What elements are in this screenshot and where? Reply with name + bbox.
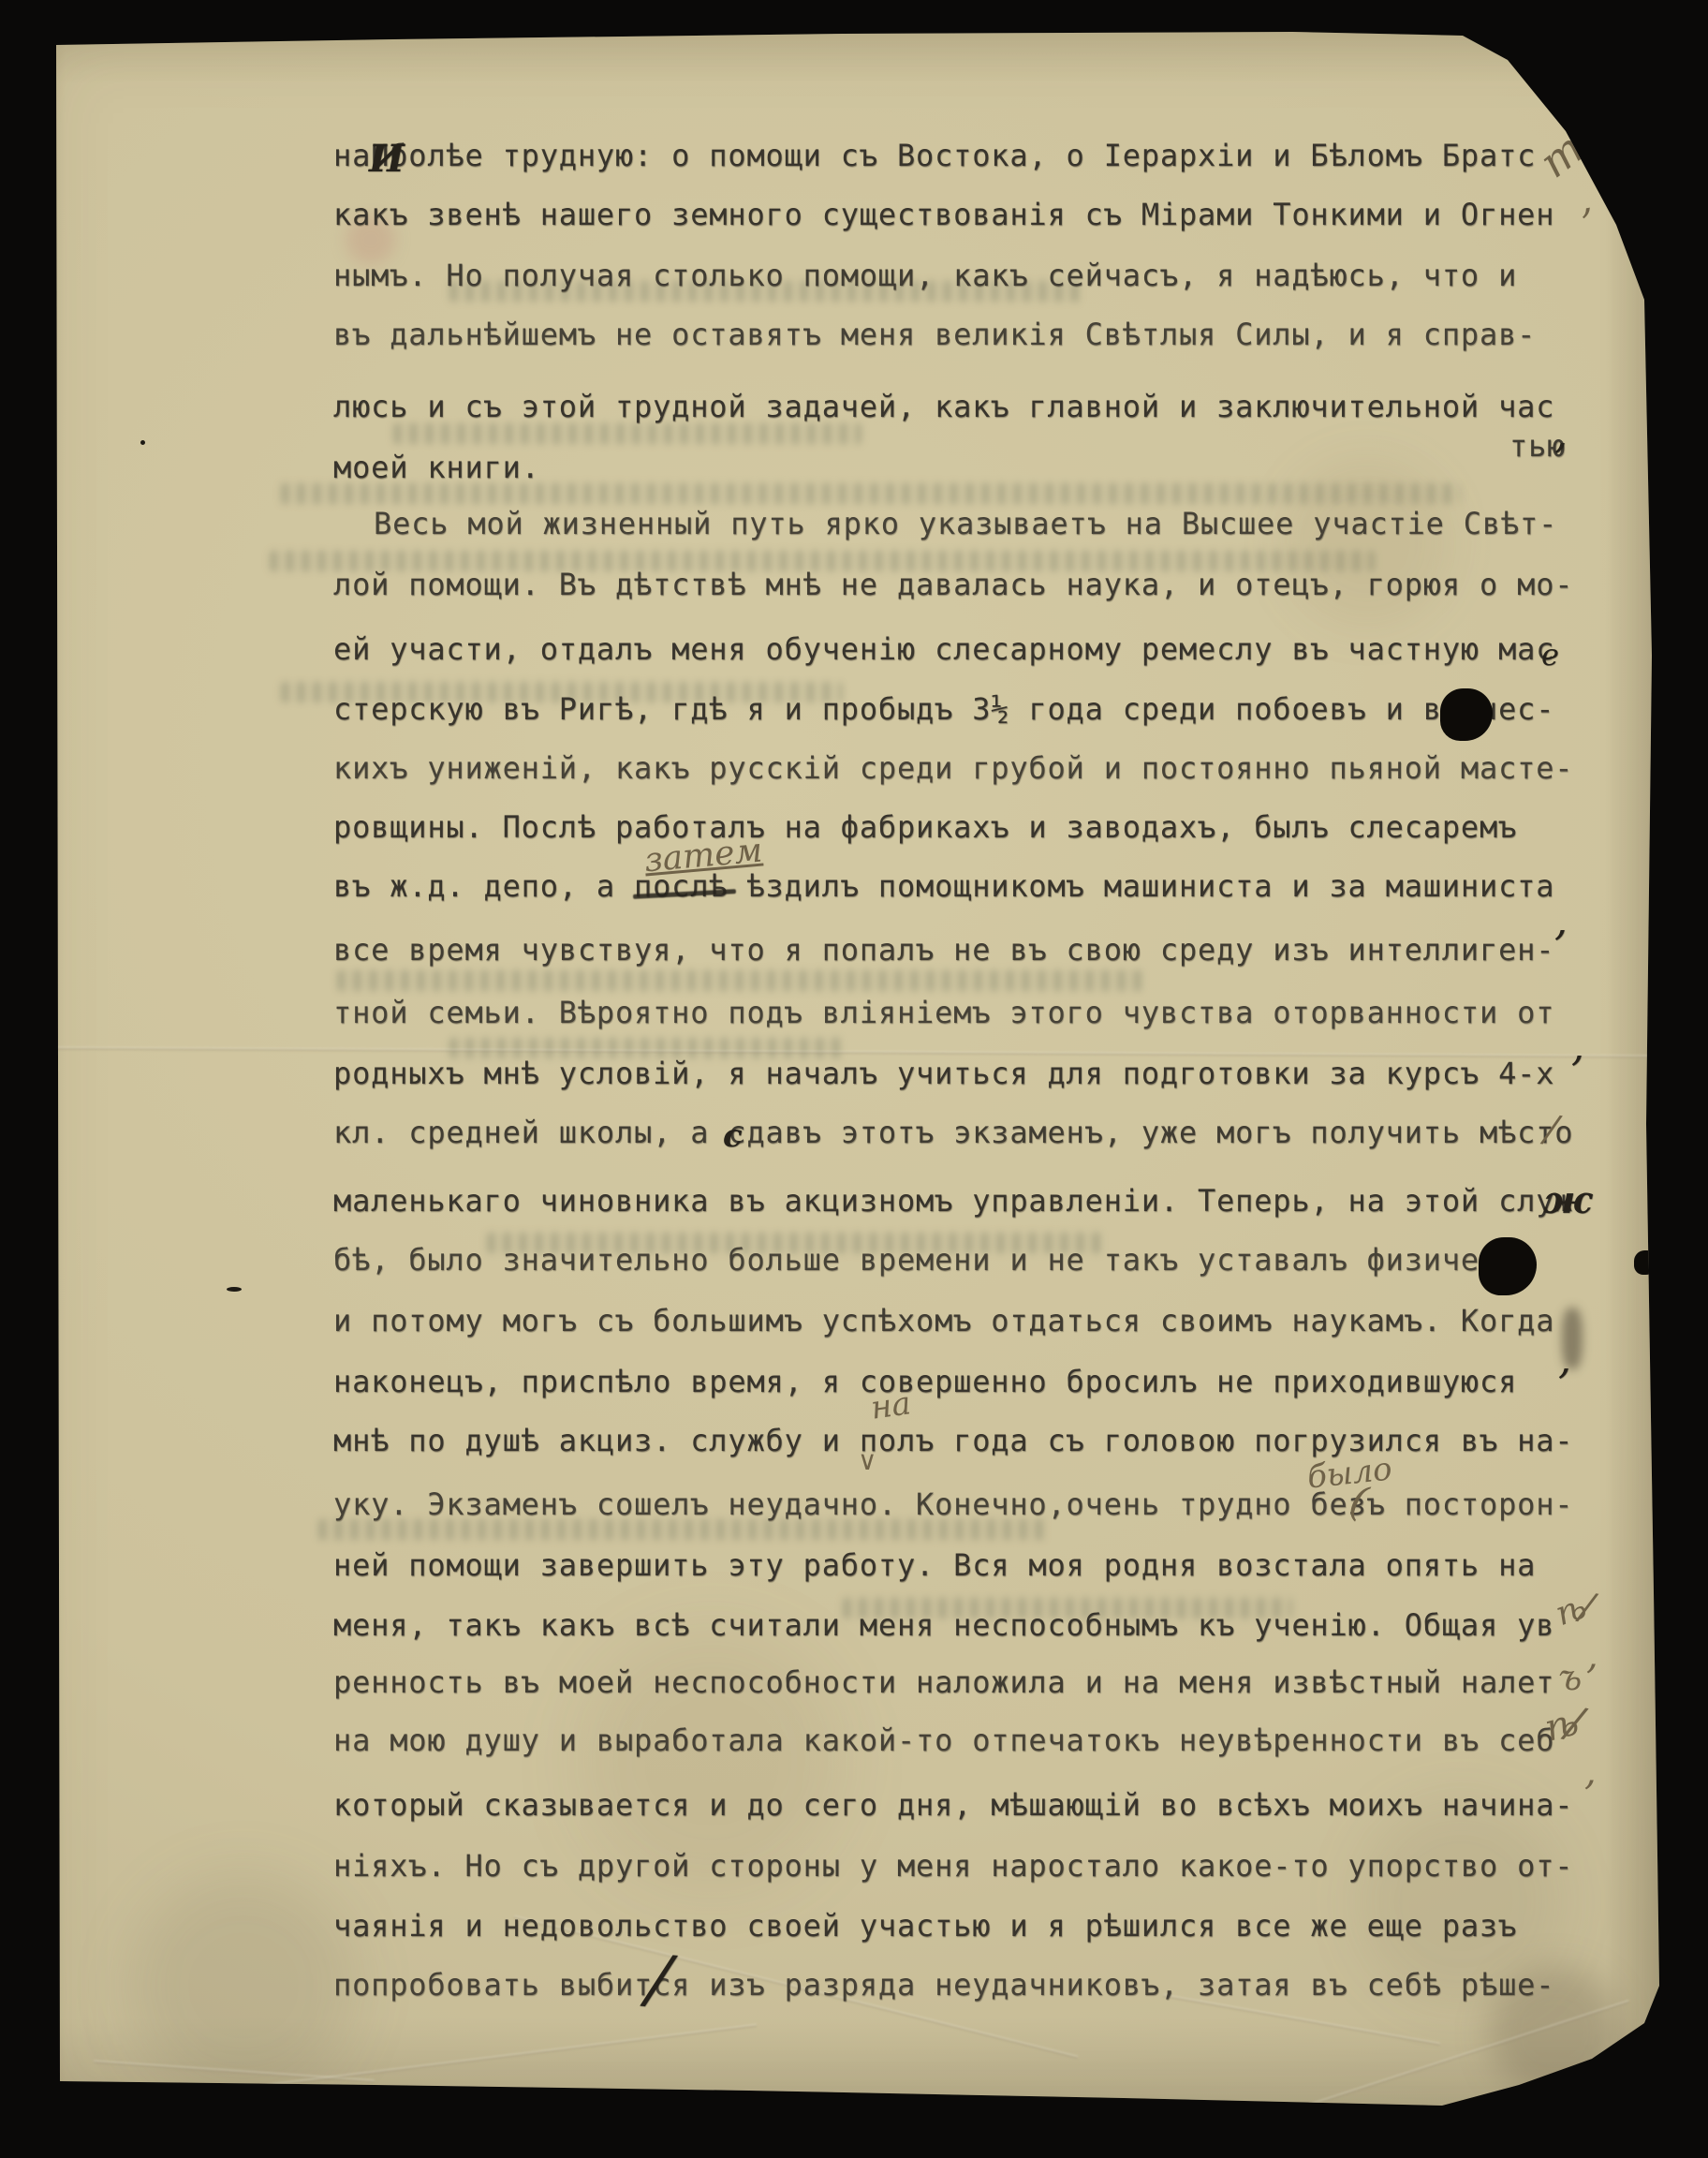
typed-line: кихъ униженій, какъ русскій среди грубой… <box>333 753 1573 783</box>
handwritten-annotation: , <box>1584 1753 1597 1791</box>
typed-line: въ дальнѣйшемъ не оставятъ меня великія … <box>333 319 1536 349</box>
handwritten-annotation: ∕ <box>644 1945 673 2013</box>
scanned-document: наИболѣе трудную: о помощи съ Востока, о… <box>0 0 1708 2158</box>
typed-line: моей книги. <box>333 452 540 482</box>
handwritten-annotation: , <box>1554 414 1568 455</box>
typed-line: кл. средней школы, а сдавъ этотъ экзамен… <box>333 1117 1573 1147</box>
corner-arrow-mark: ➤ <box>1570 98 1598 126</box>
typed-line: въ ж.д. депо, а послѣ ѣздилъ помощникомъ… <box>333 871 1554 901</box>
typed-line: ней помощи завершить эту работу. Вся моя… <box>333 1550 1536 1580</box>
typed-line: наИболѣе трудную: о помощи съ Востока, о… <box>333 140 1536 170</box>
typed-line: маленькаго чиновника въ акцизномъ управл… <box>333 1186 1573 1216</box>
ink-blot <box>1634 1250 1658 1275</box>
typed-line: лой помощи. Въ дѣтствѣ мнѣ не давалась н… <box>333 569 1573 599</box>
handwritten-annotation: на <box>869 1387 913 1425</box>
ink-blot <box>1440 688 1493 741</box>
handwritten-annotation: е <box>1541 640 1559 670</box>
typed-line: все время чувствуя, что я попалъ не въ с… <box>333 935 1554 965</box>
ink-blot <box>1479 1237 1537 1295</box>
typed-line: попробовать выбится изъ разряда неудачни… <box>333 1970 1554 2000</box>
ink-speck <box>227 1287 242 1292</box>
handwritten-annotation: , <box>1571 1027 1584 1068</box>
handwritten-annotation: тве <box>1532 95 1630 185</box>
typed-line: бѣ, было значительно больше времени и не… <box>333 1245 1480 1275</box>
handwritten-annotation: , <box>1554 901 1568 942</box>
ink-speck <box>140 440 145 445</box>
handwritten-annotation: ж <box>1543 1182 1592 1219</box>
typed-line: уку. Экзаменъ сошелъ неудачно. Конечно,о… <box>333 1489 1573 1519</box>
handwritten-annotation: , <box>1586 1637 1598 1675</box>
typed-line: ей участи, отдалъ меня обученію слесарно… <box>333 634 1554 664</box>
typed-line: люсь и съ этой трудной задачей, какъ гла… <box>333 392 1554 421</box>
typed-line: тной семьи. Вѣроятно подъ вліяніемъ этог… <box>333 998 1554 1027</box>
ink-smear <box>1562 1308 1583 1369</box>
typed-line: меня, такъ какъ всѣ считали меня неспосо… <box>333 1610 1554 1640</box>
paper-stain <box>1283 459 1451 628</box>
bleedthrough-text-row <box>281 483 1461 504</box>
handwritten-annotation: ъ <box>1558 1660 1582 1695</box>
typed-line: стерскую въ Ригѣ, гдѣ я и пробыдъ 3½ год… <box>333 694 1554 724</box>
ink-speck <box>1502 36 1511 45</box>
typed-line: Весь мой жизненный путь ярко указываетъ … <box>374 509 1557 539</box>
handwritten-annotation: было <box>1305 1453 1393 1493</box>
typed-line: и потому могъ съ большимъ успѣхомъ отдат… <box>333 1306 1554 1336</box>
typed-line: родныхъ мнѣ условій, я началъ учиться дл… <box>333 1058 1554 1088</box>
typed-line: чаянія и недовольство своей участью и я … <box>333 1911 1517 1941</box>
bleedthrough-text-row <box>393 423 861 444</box>
typed-line: наконецъ, приспѣло время, я совершенно б… <box>333 1367 1517 1397</box>
handwritten-annotation: И <box>369 140 405 178</box>
typed-line: на мою душу и выработала какой-то отпеча… <box>333 1725 1554 1755</box>
typed-line: какъ звенѣ нашего земного существованія … <box>333 200 1554 229</box>
typed-line: ніяхъ. Но съ другой стороны у меня нарос… <box>333 1851 1573 1881</box>
typed-line: ренность въ моей неспособности наложила … <box>333 1667 1554 1697</box>
typed-line: ровщины. Послѣ работалъ на фабрикахъ и з… <box>333 812 1517 842</box>
bleedthrough-text-row <box>337 970 1142 991</box>
ink-speck <box>1521 49 1526 54</box>
handwritten-annotation: , <box>1575 179 1594 220</box>
handwritten-annotation: ∨ <box>858 1448 877 1474</box>
typed-line: который сказывается и до сего дня, мѣшаю… <box>333 1790 1573 1820</box>
paper-sheet: наИболѣе трудную: о помощи съ Востока, о… <box>0 0 1708 2158</box>
bleedthrough-text-row <box>318 1519 1049 1540</box>
handwritten-annotation: с <box>723 1120 743 1152</box>
typed-line: нымъ. Но получая столько помощи, какъ се… <box>333 260 1517 290</box>
